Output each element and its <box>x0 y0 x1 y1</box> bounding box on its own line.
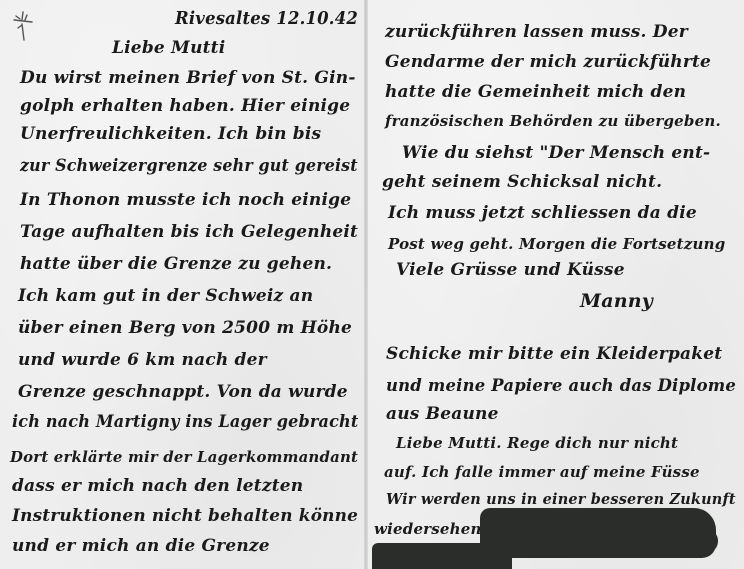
letter-line: Unerfreulichkeiten. Ich bin bis <box>20 124 321 144</box>
postscript-line: wiedersehen, <box>374 520 487 538</box>
letter-line: In Thonon musste ich noch einige <box>20 190 351 210</box>
postscript-line: auf. Ich falle immer auf meine Füsse <box>384 463 700 481</box>
pencil-cross-mark-icon <box>10 10 36 42</box>
letter-line: Wie du siehst "Der Mensch ent- <box>402 143 710 163</box>
redaction-block <box>480 508 716 558</box>
letter-line: Grenze geschnappt. Von da wurde <box>18 382 348 402</box>
letter-line: Instruktionen nicht behalten könne <box>12 506 358 526</box>
postscript-line: Schicke mir bitte ein Kleiderpaket <box>386 344 722 364</box>
postscript-line: Wir werden uns in einer besseren Zukunft <box>386 490 736 508</box>
page-fold-divider <box>364 0 368 569</box>
letter-line: geht seinem Schicksal nicht. <box>382 172 662 192</box>
letter-line: zurückführen lassen muss. Der <box>385 22 688 42</box>
letter-salutation: Liebe Mutti <box>112 38 225 58</box>
letter-signature: Manny <box>580 290 653 312</box>
letter-line: französischen Behörden zu übergeben. <box>385 112 721 130</box>
letter-line: Tage aufhalten bis ich Gelegenheit <box>20 222 358 242</box>
letter-date: Rivesaltes 12.10.42 <box>175 8 358 29</box>
postscript-line: Liebe Mutti. Rege dich nur nicht <box>396 434 678 452</box>
letter-line: und er mich an die Grenze <box>12 536 270 556</box>
postscript-line: aus Beaune <box>386 404 499 424</box>
letter-line: hatte über die Grenze zu gehen. <box>20 254 332 274</box>
letter-line: und wurde 6 km nach der <box>18 350 267 370</box>
redaction-block <box>372 543 512 569</box>
letter-line: golph erhalten haben. Hier einige <box>20 96 350 116</box>
letter-line: dass er mich nach den letzten <box>12 476 303 496</box>
letter-line: Ich kam gut in der Schweiz an <box>18 286 313 306</box>
letter-line: Dort erklärte mir der Lagerkommandant <box>10 448 358 466</box>
letter-line: ich nach Martigny ins Lager gebracht <box>12 412 358 432</box>
redaction-block <box>700 530 718 552</box>
letter-line: Du wirst meinen Brief von St. Gin- <box>20 68 356 88</box>
letter-line: Post weg geht. Morgen die Fortsetzung <box>388 235 725 253</box>
postscript-line: und meine Papiere auch das Diplome <box>386 376 736 396</box>
letter-line: Gendarme der mich zurückführte <box>385 52 711 72</box>
letter-line: über einen Berg von 2500 m Höhe <box>18 318 352 338</box>
letter-line: hatte die Gemeinheit mich den <box>385 82 686 102</box>
letter-line: Ich muss jetzt schliessen da die <box>388 203 697 223</box>
letter-line: zur Schweizergrenze sehr gut gereist <box>20 156 358 176</box>
letter-line: Viele Grüsse und Küsse <box>396 260 625 280</box>
